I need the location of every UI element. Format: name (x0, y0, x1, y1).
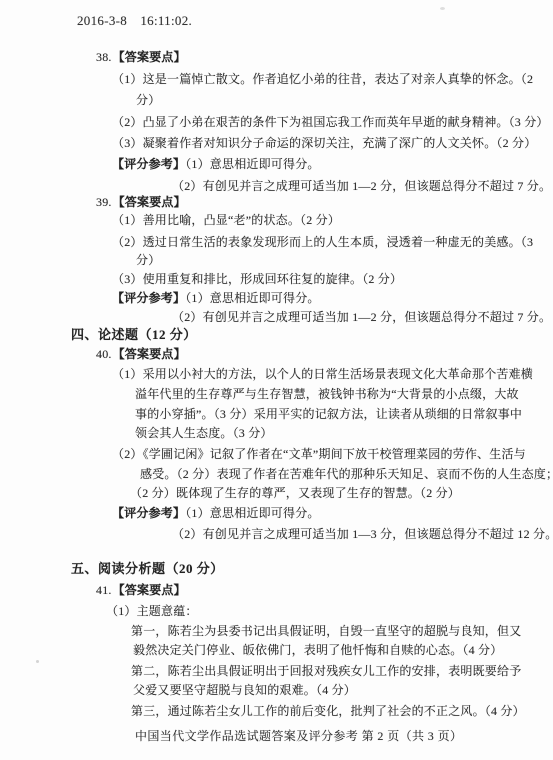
q40-item1-line2: 溢年代里的生存尊严与生存智慧，被钱钟书称为“大背景的小点缀，大故 (135, 386, 519, 402)
scanned-document-page: 2016-3-8 16:11:02. 38.【答案要点】 （1）这是一篇悼亡散文… (0, 0, 553, 760)
scoring-reference-label: 【评分参考】 (112, 506, 185, 520)
q41-point2-line1: 第二，陈若尘出具假证明出于回报对残疾女儿工作的安排，表明既要给予 (131, 663, 521, 679)
q40-item2-line3: （2 分）既体现了生存的尊严，又表现了生存的智慧。（2 分） (130, 485, 460, 501)
q41-point1-line2: 毅然决定关门停业、皈依佛门，表明了他忏悔和自赎的心态。（4 分） (133, 642, 502, 658)
answer-points-label: 【答案要点】 (113, 347, 186, 361)
q40-scoring-note-1: 【评分参考】（1）意思相近即可得分。 (112, 505, 320, 521)
page-footer: 中国当代文学作品选试题答案及评分参考 第 2 页（共 3 页） (135, 728, 462, 744)
q41-item1: （1）主题意蕴： (106, 603, 198, 619)
question-38-number: 38. (96, 50, 112, 64)
section-5-title: 五、阅读分析题（20 分） (71, 561, 224, 577)
q40-scoring-note-1-text: （1）意思相近即可得分。 (185, 506, 319, 520)
q39-item3: （3）使用重复和排比，形成回环往复的旋律。（2 分） (112, 271, 402, 287)
q39-item2-line1: （2）透过日常生活的表象发现形而上的人生本质，浸透着一种虚无的美感。（3 (112, 234, 533, 250)
question-41-heading: 41.【答案要点】 (96, 582, 186, 598)
answer-points-label: 【答案要点】 (113, 583, 186, 597)
q38-item3: （3）凝聚着作者对知识分子命运的深切关注，充满了深广的人文关怀。（2 分） (112, 135, 536, 151)
q39-scoring-note-1-text: （1）意思相近即可得分。 (185, 291, 319, 305)
q41-point1-line1: 第一，陈若尘为县委书记出具假证明，自毁一直坚守的超脱与良知，但又 (131, 623, 521, 639)
q39-item1: （1）善用比喻，凸显“老”的状态。（2 分） (112, 212, 340, 228)
q41-point2-line2: 父爱又要坚守超脱与良知的艰难。（4 分） (133, 682, 356, 698)
answer-points-label: 【答案要点】 (113, 195, 186, 209)
q38-item1-line2: 分） (136, 92, 160, 108)
scan-artifact-dot (440, 7, 445, 10)
q39-scoring-note-1: 【评分参考】（1）意思相近即可得分。 (112, 290, 320, 306)
answer-points-label: 【答案要点】 (113, 50, 186, 64)
q39-item2-line2: 分） (136, 252, 160, 268)
q40-item1-line3: 事的小穿插”。（3 分）采用平实的记叙方法，让读者从琐细的日常叙事中 (135, 406, 522, 422)
q38-scoring-note-1-text: （1）意思相近即可得分。 (185, 157, 319, 171)
question-39-number: 39. (96, 195, 112, 209)
question-40-heading: 40.【答案要点】 (96, 346, 186, 362)
q41-point3: 第三，通过陈若尘女儿工作的前后变化，批判了社会的不正之风。（4 分） (131, 703, 525, 719)
q40-scoring-note-2: （2）有创见并言之成理可适当加 1—3 分，但该题总得分不超过 12 分。 (172, 526, 553, 542)
scan-artifact-dot (36, 660, 39, 663)
q40-item2-line1: （2）《学圃记闲》记叙了作者在“文革”期间下放干校管理菜园的劳作、生活与 (112, 446, 526, 462)
q40-item1-line4: 领会其人生态度。（3 分） (135, 425, 273, 441)
scoring-reference-label: 【评分参考】 (112, 291, 185, 305)
print-timestamp: 2016-3-8 16:11:02. (77, 13, 192, 29)
q39-scoring-note-2: （2）有创见并言之成理可适当加 1—2 分，但该题总得分不超过 7 分。 (172, 309, 551, 325)
q38-item2: （2）凸显了小弟在艰苦的条件下为祖国忘我工作而英年早逝的献身精神。（3 分） (112, 114, 549, 130)
question-38-heading: 38.【答案要点】 (96, 49, 186, 65)
q38-scoring-note-2: （2）有创见并言之成理可适当加 1—2 分，但该题总得分不超过 7 分。 (172, 178, 551, 194)
question-41-number: 41. (96, 583, 112, 597)
q38-item1-line1: （1）这是一篇悼亡散文。作者追忆小弟的往昔，表达了对亲人真挚的怀念。（2 (112, 71, 533, 87)
question-39-heading: 39.【答案要点】 (96, 194, 186, 210)
q38-scoring-note-1: 【评分参考】（1）意思相近即可得分。 (112, 156, 320, 172)
q40-item1-line1: （1）采用以小衬大的方法，以个人的日常生活场景表现文化大革命那个苦难横 (112, 366, 533, 382)
section-4-title: 四、论述题（12 分） (71, 327, 197, 343)
q40-item2-line2: 感受。（2 分）表现了作者在苦难年代的那种乐天知足、哀而不伤的人生态度； (140, 466, 553, 482)
scoring-reference-label: 【评分参考】 (112, 157, 185, 171)
question-40-number: 40. (96, 347, 112, 361)
